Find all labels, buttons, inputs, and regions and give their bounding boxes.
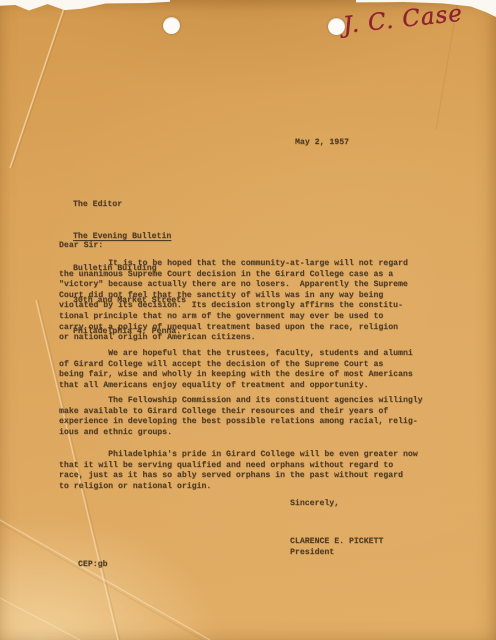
paragraph-supreme-court-decision: It is to be hoped that the community-at-… <box>59 259 408 344</box>
scanned-letter-page: { "annotation": { "text": "J. C. Case" }… <box>0 0 496 640</box>
handwriting-text: J. C. Case <box>338 1 464 40</box>
typist-initials: CEP:gb <box>78 560 107 571</box>
signature-name: CLARENCE E. PICKETT <box>290 537 383 548</box>
signature-title: President <box>290 548 334 559</box>
handwritten-annotation: J. C. Case <box>330 0 496 46</box>
closing-line: Sincerely, <box>290 499 339 510</box>
address-line-recipient: The Editor <box>73 200 186 211</box>
paragraph-philadelphia-pride: Philadelphia's pride in Girard College w… <box>59 450 418 492</box>
paragraph-hopeful-trustees: We are hopeful that the trustees, facult… <box>59 349 413 391</box>
paragraph-fellowship-commission: The Fellowship Commission and its consti… <box>59 396 423 438</box>
date-line: May 2, 1957 <box>295 138 349 149</box>
salutation: Dear Sir: <box>59 241 103 252</box>
punch-hole-left <box>163 17 180 34</box>
